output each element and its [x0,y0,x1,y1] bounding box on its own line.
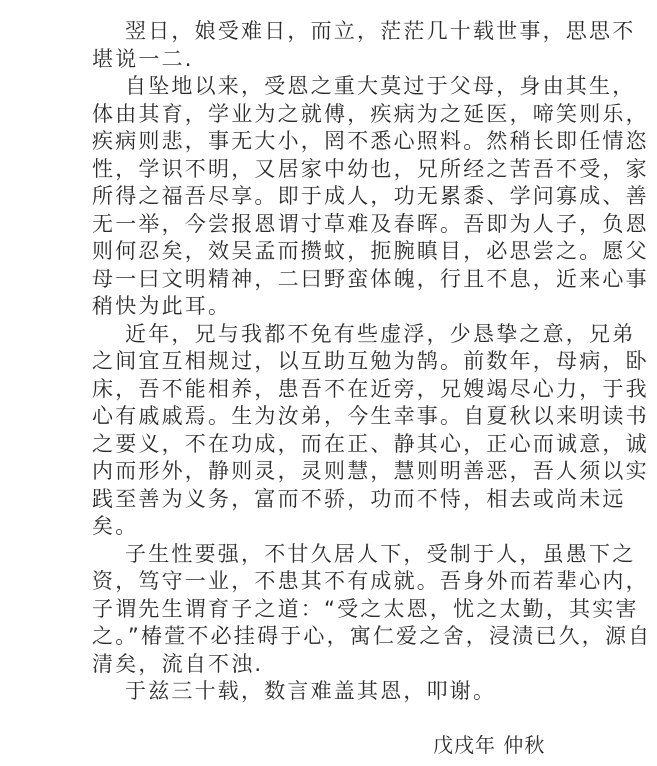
text-line: 子谓先生谓育子之道：“受之太恩，忧之太勤，其实害 [92,596,639,624]
text-line: 之要义，不在功成，而在正、静其心，正心而诚意，诚 [92,431,649,459]
text-line: 清矣，流自不浊. [92,651,263,679]
text-line: 心有戚戚焉。生为汝弟，今生幸事。自夏秋以来明读书 [92,403,649,431]
text-line: 堪说一二. [92,46,194,74]
signature-date: 戊戌年 仲秋 [433,731,545,759]
text-line: 近年，兄与我都不免有些虚浮，少恳挚之意，兄弟 [125,321,635,349]
text-line: 稍快为此耳。 [92,293,231,321]
text-line: 内而形外，静则灵，灵则慧，慧则明善恶，吾人须以实 [92,458,649,486]
text-line: 性，学识不明，又居家中幼也，兄所经之苦吾不受，家 [92,156,649,184]
text-line: 体由其育，学业为之就傅，疾病为之延医，啼笑则乐， [92,101,649,129]
text-line: 无一举，今尝报恩谓寸草难及春晖。吾即为人子，负恩 [92,211,649,239]
text-line: 疾病则悲，事无大小，罔不悉心照料。然稍长即任情恣 [92,128,649,156]
text-line: 翌日，娘受难日，而立，茫茫几十载世事，思思不 [125,18,635,46]
text-line: 践至善为义务，富而不骄，功而不恃，相去或尚未远 [92,486,626,514]
text-line: 资，笃守一业，不患其不有成就。吾身外而若辈心内， [92,568,649,596]
text-line: 自坠地以来，受恩之重大莫过于父母，身由其生， [125,73,635,101]
text-line: 母一曰文明精神，二曰野蛮体魄，行且不息，近来心事 [92,266,649,294]
text-line: 所得之福吾尽享。即于成人，功无累黍、学问寡成、善 [92,183,649,211]
text-line: 床，吾不能相养，患吾不在近旁，兄嫂竭尽心力，于我 [92,376,649,404]
text-line: 于兹三十载，数言难盖其恩，叩谢。 [125,678,496,706]
text-line: 则何忍矣，效吴孟而攒蚊，扼腕瞋目，必思尝之。愿父 [92,238,649,266]
letter-page: 翌日，娘受难日，而立，茫茫几十载世事，思思不 堪说一二. 自坠地以来，受恩之重大… [0,0,657,766]
text-line: 之间宜互相规过，以互助互勉为鹄。前数年，母病，卧 [92,348,649,376]
text-line: 之。”椿萱不必挂碍于心，寓仁爱之舍，浸渍已久，源自 [92,623,651,651]
text-line: 矣。 [92,513,138,541]
text-line: 子生性要强，不甘久居人下，受制于人，虽愚下之 [125,541,635,569]
